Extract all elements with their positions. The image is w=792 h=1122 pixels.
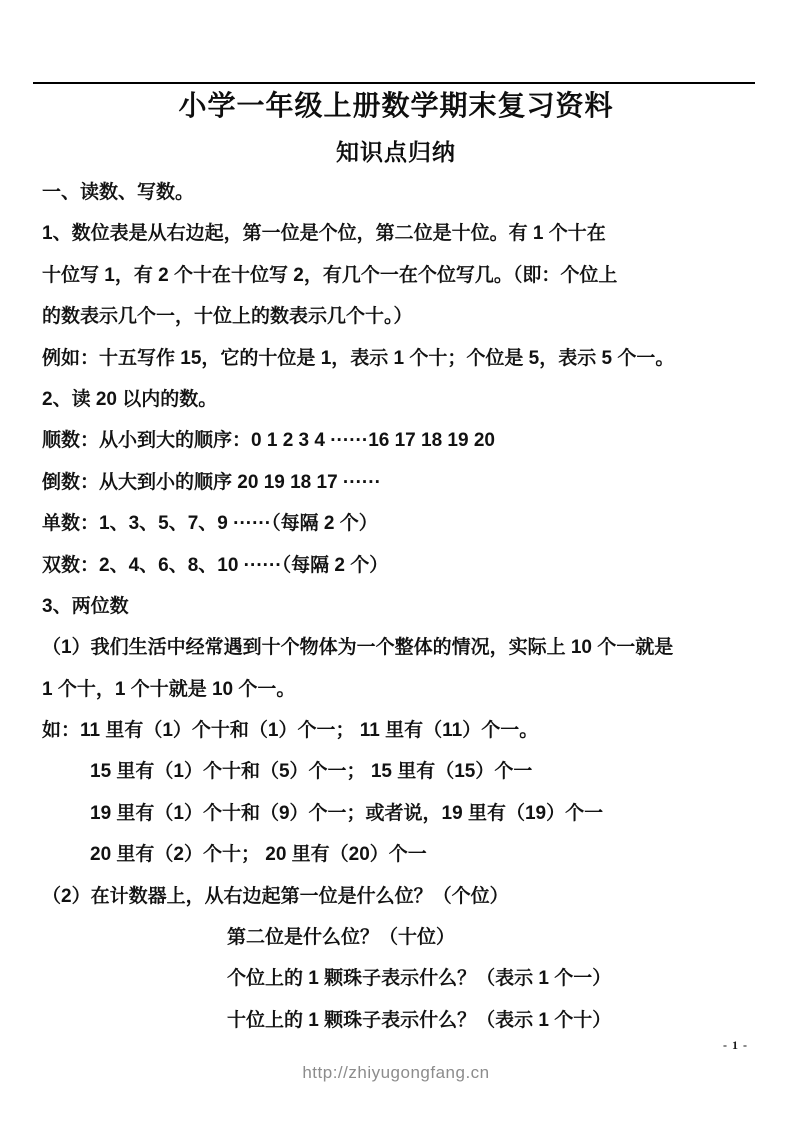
footer-url-link[interactable]: http://zhiyugongfang.cn [0,1063,792,1083]
text-line: （2）在计数器上，从右边起第一位是什么位？（个位） [42,876,772,917]
text-line: （1）我们生活中经常遇到十个物体为一个整体的情况，实际上 10 个一就是 [42,627,772,668]
text-line: 单数：1、3、5、7、9 ······（每隔 2 个） [42,503,772,544]
text-line: 的数表示几个一，十位上的数表示几个十。） [42,296,772,337]
document-subtitle: 知识点归纳 [0,134,792,167]
text-line: 1 个十，1 个十就是 10 个一。 [42,669,772,710]
page-number: - 1 - [723,1038,748,1053]
text-line: 双数：2、4、6、8、10 ······（每隔 2 个） [42,545,772,586]
text-line: 例如：十五写作 15，它的十位是 1，表示 1 个十；个位是 5，表示 5 个一… [42,338,772,379]
text-line: 倒数：从大到小的顺序 20 19 18 17 ······ [42,462,772,503]
document-body: 一、读数、写数。1、数位表是从右边起，第一位是个位，第二位是十位。有 1 个十在… [42,172,772,1041]
text-line: 十位上的 1 颗珠子表示什么？（表示 1 个十） [42,1000,772,1041]
text-line: 第二位是什么位？（十位） [42,917,772,958]
text-line: 十位写 1，有 2 个十在十位写 2，有几个一在个位写几。（即：个位上 [42,255,772,296]
text-line: 一、读数、写数。 [42,172,772,213]
text-line: 15 里有（1）个十和（5）个一； 15 里有（15）个一 [42,751,772,792]
text-line: 20 里有（2）个十； 20 里有（20）个一 [42,834,772,875]
text-line: 个位上的 1 颗珠子表示什么？（表示 1 个一） [42,958,772,999]
text-line: 1、数位表是从右边起，第一位是个位，第二位是十位。有 1 个十在 [42,213,772,254]
text-line: 3、两位数 [42,586,772,627]
text-line: 如：11 里有（1）个十和（1）个一； 11 里有（11）个一。 [42,710,772,751]
document-title: 小学一年级上册数学期末复习资料 [0,84,792,124]
text-line: 2、读 20 以内的数。 [42,379,772,420]
text-line: 顺数：从小到大的顺序：0 1 2 3 4 ······16 17 18 19 2… [42,420,772,461]
text-line: 19 里有（1）个十和（9）个一；或者说，19 里有（19）个一 [42,793,772,834]
document-page: 小学一年级上册数学期末复习资料 知识点归纳 一、读数、写数。1、数位表是从右边起… [0,0,792,1122]
